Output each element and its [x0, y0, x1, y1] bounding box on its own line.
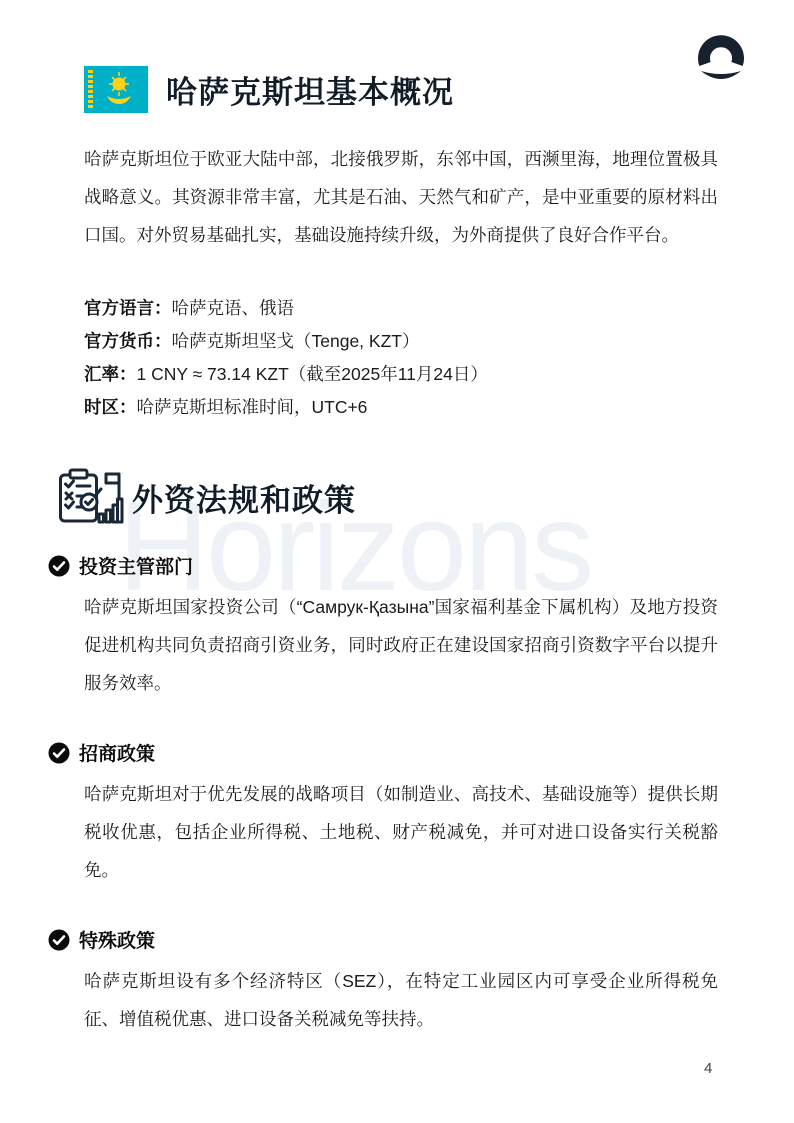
section2-title: 外资法规和政策	[132, 475, 356, 520]
policy-items: 投资主管部门 哈萨克斯坦国家投资公司（“Самрук-Қазына”国家福利基金…	[84, 552, 714, 1038]
kazakhstan-flag-icon	[84, 66, 148, 113]
fact-value: 哈萨克语、俄语	[172, 298, 295, 318]
section1-intro-paragraph: 哈萨克斯坦位于欧亚大陆中部，北接俄罗斯，东邻中国，西濒里海，地理位置极具战略意义…	[84, 140, 718, 254]
policy-item-special-policy: 特殊政策 哈萨克斯坦设有多个经济特区（SEZ），在特定工业园区内可享受企业所得税…	[84, 926, 714, 1038]
fact-label: 汇率：	[84, 364, 137, 384]
policy-item-investment-authority: 投资主管部门 哈萨克斯坦国家投资公司（“Самрук-Қазына”国家福利基金…	[84, 552, 714, 702]
fact-label: 官方语言：	[84, 298, 172, 318]
horizons-ring-logo	[694, 24, 748, 82]
country-facts-list: 官方语言：哈萨克语、俄语 官方货币：哈萨克斯坦坚戈（Tenge, KZT） 汇率…	[84, 292, 714, 424]
section1-title: 哈萨克斯坦基本概况	[166, 67, 454, 112]
fact-official-language: 官方语言：哈萨克语、俄语	[84, 292, 714, 325]
fact-value: 哈萨克斯坦标准时间，UTC+6	[137, 397, 368, 417]
check-circle-icon	[48, 555, 70, 577]
policy-item-title: 特殊政策	[79, 926, 155, 953]
policy-item-header: 招商政策	[48, 739, 714, 766]
fact-value: 哈萨克斯坦坚戈（Tenge, KZT）	[172, 331, 420, 351]
fact-timezone: 时区：哈萨克斯坦标准时间，UTC+6	[84, 391, 714, 424]
fact-exchange-rate: 汇率：1 CNY ≈ 73.14 KZT（截至2025年11月24日）	[84, 358, 714, 391]
policy-item-body: 哈萨克斯坦对于优先发展的战略项目（如制造业、高技术、基础设施等）提供长期税收优惠…	[84, 775, 718, 889]
clipboard-checklist-chart-icon	[58, 468, 124, 526]
fact-label: 官方货币：	[84, 331, 172, 351]
policy-item-title: 招商政策	[79, 739, 155, 766]
page-content: 哈萨克斯坦基本概况 哈萨克斯坦位于欧亚大陆中部，北接俄罗斯，东邻中国，西濒里海，…	[0, 0, 794, 1038]
check-circle-icon	[48, 742, 70, 764]
document-page: Horizons	[0, 0, 794, 1123]
page-number: 4	[704, 1060, 712, 1077]
check-circle-icon	[48, 929, 70, 951]
section1-header: 哈萨克斯坦基本概况	[84, 66, 714, 113]
fact-label: 时区：	[84, 397, 137, 417]
policy-item-header: 投资主管部门	[48, 552, 714, 579]
policy-item-body: 哈萨克斯坦国家投资公司（“Самрук-Қазына”国家福利基金下属机构）及地…	[84, 588, 718, 702]
policy-item-title: 投资主管部门	[79, 552, 193, 579]
fact-official-currency: 官方货币：哈萨克斯坦坚戈（Tenge, KZT）	[84, 325, 714, 358]
section2-header: 外资法规和政策	[58, 468, 714, 526]
policy-item-header: 特殊政策	[48, 926, 714, 953]
fact-value: 1 CNY ≈ 73.14 KZT（截至2025年11月24日）	[137, 364, 488, 384]
policy-item-incentive-policy: 招商政策 哈萨克斯坦对于优先发展的战略项目（如制造业、高技术、基础设施等）提供长…	[84, 739, 714, 889]
policy-item-body: 哈萨克斯坦设有多个经济特区（SEZ），在特定工业园区内可享受企业所得税免征、增值…	[84, 962, 718, 1038]
